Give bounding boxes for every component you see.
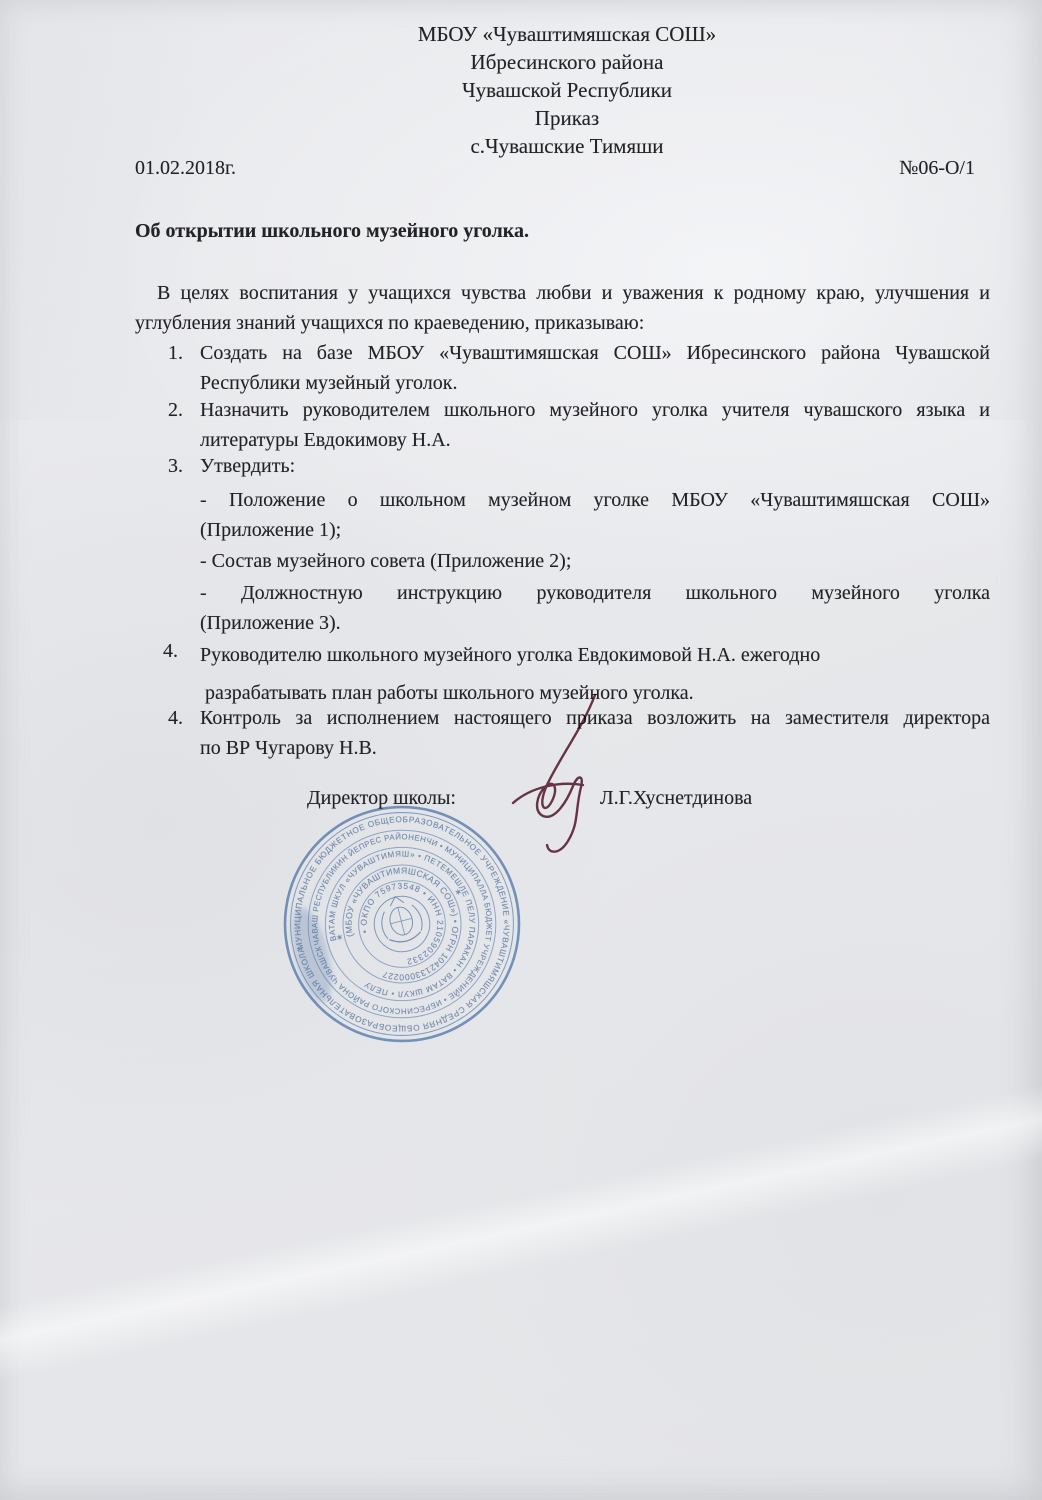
- order-item-1: 1. Создать на базе МБОУ «Чуваштимяшская …: [135, 338, 990, 398]
- subject-title: Об открытии школьного музейного уголка.: [135, 216, 990, 246]
- doc-number: №06-О/1: [899, 153, 975, 183]
- item-marker: 3.: [168, 451, 183, 481]
- signature-stroke: [537, 695, 595, 852]
- order-item-2: 2. Назначить руководителем школьного муз…: [135, 395, 990, 455]
- item-line: Назначить руководителем школьного музейн…: [200, 395, 990, 425]
- item-line: (Приложение 3).: [200, 608, 990, 638]
- handwritten-signature: [455, 683, 645, 873]
- order-item-3: 3. Утвердить:: [135, 451, 990, 481]
- item-marker: 1.: [168, 338, 183, 368]
- org-name-line: Ибресинского района: [92, 48, 1042, 76]
- document-page: МБОУ «Чуваштимяшская СОШ» Ибресинского р…: [0, 0, 1042, 1500]
- item-marker: 4.: [163, 636, 178, 666]
- order-subitem-1: - Положение о школьном музейном уголке М…: [135, 485, 990, 545]
- item-line: Республики музейный уголок.: [200, 368, 990, 398]
- item-line: - Состав музейного совета (Приложение 2)…: [200, 546, 990, 576]
- order-subitem-3: - Должностную инструкцию руководителя шк…: [135, 578, 990, 638]
- doc-type: Приказ: [92, 104, 1042, 132]
- preamble: В целях воспитания у учащихся чувства лю…: [135, 278, 990, 338]
- item-line: Руководителю школьного музейного уголка …: [200, 636, 990, 674]
- item-line: Утвердить:: [200, 451, 990, 481]
- doc-date: 01.02.2018г.: [135, 153, 236, 183]
- stamp-star-icon: ✶: [335, 932, 345, 944]
- item-marker: 2.: [168, 395, 183, 425]
- stamp-center-emblem: [376, 892, 426, 946]
- scanned-order-document: МБОУ «Чуваштимяшская СОШ» Ибресинского р…: [0, 0, 1042, 1500]
- org-name-line: Чувашской Республики: [92, 76, 1042, 104]
- preamble-line: углубления знаний учащихся по краеведени…: [135, 308, 990, 338]
- org-name-line: МБОУ «Чуваштимяшская СОШ»: [92, 20, 1042, 48]
- item-line: - Положение о школьном музейном уголке М…: [200, 485, 990, 515]
- document-header: МБОУ «Чуваштимяшская СОШ» Ибресинского р…: [0, 20, 1042, 160]
- item-marker: 4.: [168, 703, 183, 733]
- item-line: Создать на базе МБОУ «Чуваштимяшская СОШ…: [200, 338, 990, 368]
- item-line: - Должностную инструкцию руководителя шк…: [200, 578, 990, 608]
- date-number-row: 01.02.2018г. №06-О/1: [135, 153, 975, 183]
- preamble-line: В целях воспитания у учащихся чувства лю…: [135, 278, 990, 308]
- order-subitem-2: - Состав музейного совета (Приложение 2)…: [135, 546, 990, 576]
- item-line: (Приложение 1);: [200, 515, 990, 545]
